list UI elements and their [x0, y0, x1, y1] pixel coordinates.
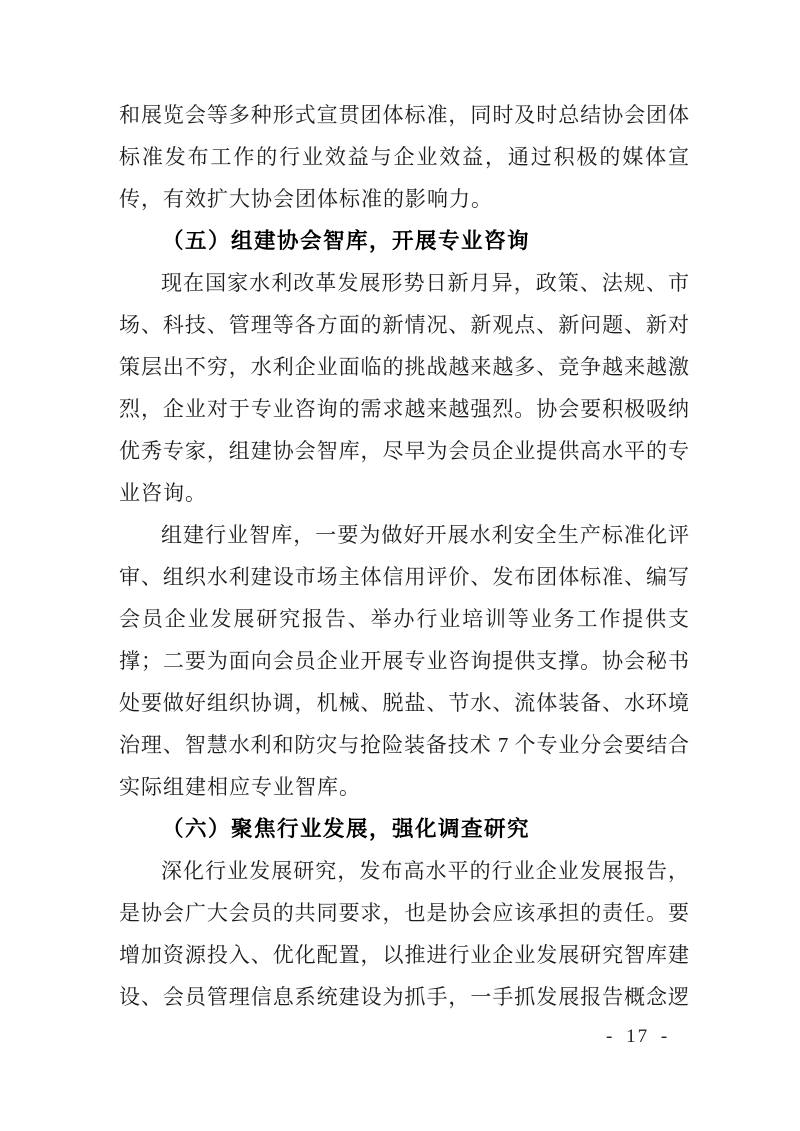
text-line: 优秀专家，组建协会智库，尽早为会员企业提供高水平的专: [119, 430, 689, 472]
text-line: 业咨询。: [119, 472, 689, 514]
text-line: 审、组织水利建设市场主体信用评价、发布团体标准、编写: [119, 556, 689, 598]
paragraph: 组建行业智库，一要为做好开展水利安全生产标准化评审、组织水利建设市场主体信用评价…: [119, 514, 689, 808]
paragraph: 深化行业发展研究，发布高水平的行业企业发展报告，是协会广大会员的共同要求，也是协…: [119, 850, 689, 1018]
paragraph: 和展览会等多种形式宣贯团体标准，同时及时总结协会团体标准发布工作的行业效益与企业…: [119, 94, 689, 220]
text-line: 实际组建相应专业智库。: [119, 766, 689, 808]
text-line: 增加资源投入、优化配置，以推进行业企业发展研究智库建: [119, 934, 689, 976]
paragraph: 现在国家水利改革发展形势日新月异，政策、法规、市场、科技、管理等各方面的新情况、…: [119, 262, 689, 514]
text-line: 标准发布工作的行业效益与企业效益，通过积极的媒体宣: [119, 136, 689, 178]
text-line: 和展览会等多种形式宣贯团体标准，同时及时总结协会团体: [119, 94, 689, 136]
text-line: 现在国家水利改革发展形势日新月异，政策、法规、市: [119, 262, 689, 304]
text-line: 场、科技、管理等各方面的新情况、新观点、新问题、新对: [119, 304, 689, 346]
document-page: 和展览会等多种形式宣贯团体标准，同时及时总结协会团体标准发布工作的行业效益与企业…: [0, 0, 800, 1131]
text-line: 策层出不穷，水利企业面临的挑战越来越多、竞争越来越激: [119, 346, 689, 388]
text-line: 组建行业智库，一要为做好开展水利安全生产标准化评: [119, 514, 689, 556]
text-line: 撑；二要为面向会员企业开展专业咨询提供支撑。协会秘书: [119, 640, 689, 682]
text-line: 烈，企业对于专业咨询的需求越来越强烈。协会要积极吸纳: [119, 388, 689, 430]
text-line: 处要做好组织协调，机械、脱盐、节水、流体装备、水环境: [119, 682, 689, 724]
text-line: 会员企业发展研究报告、举办行业培训等业务工作提供支: [119, 598, 689, 640]
text-line: 治理、智慧水利和防灾与抢险装备技术 7 个专业分会要结合: [119, 724, 689, 766]
section-heading: （五）组建协会智库，开展专业咨询: [119, 220, 689, 262]
text-line: 深化行业发展研究，发布高水平的行业企业发展报告，: [119, 850, 689, 892]
text-line: 是协会广大会员的共同要求，也是协会应该承担的责任。要: [119, 892, 689, 934]
page-number: - 17 -: [606, 1026, 669, 1048]
text-line: 传，有效扩大协会团体标准的影响力。: [119, 178, 689, 220]
text-line: 设、会员管理信息系统建设为抓手，一手抓发展报告概念逻: [119, 976, 689, 1018]
section-heading: （六）聚焦行业发展，强化调查研究: [119, 808, 689, 850]
document-content: 和展览会等多种形式宣贯团体标准，同时及时总结协会团体标准发布工作的行业效益与企业…: [119, 94, 689, 1018]
